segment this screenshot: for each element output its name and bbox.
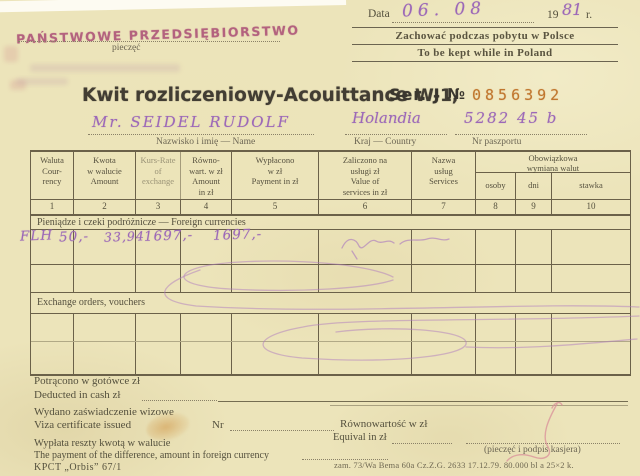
group-title: Obowiązkowa wymiana walut xyxy=(476,152,630,173)
table-cell xyxy=(552,230,630,264)
col-group-mandatory-exchange: Obowiązkowa wymiana walut osoby dni staw… xyxy=(476,152,630,199)
serial-number: 0856392 xyxy=(472,86,563,104)
table-cell xyxy=(31,265,74,292)
header-line: Równo- xyxy=(181,155,231,166)
deducted-dotted-line xyxy=(142,399,217,401)
header-line: Payment in zł xyxy=(232,176,318,187)
table-cell xyxy=(319,342,412,374)
stamp-dotted-line xyxy=(18,40,280,42)
footer-rule xyxy=(218,400,628,402)
col-header-amount: Kwota w walucie Amount xyxy=(74,152,136,199)
equivalent-label-en: Equival in zł xyxy=(333,432,387,443)
table-cell xyxy=(31,314,74,341)
equivalent-label-pl: Równowartość w zł xyxy=(340,418,427,430)
table-cell xyxy=(552,314,630,341)
nr-dotted-line xyxy=(230,429,334,431)
remainder-label-en: The payment of the difference, amount in… xyxy=(34,450,269,461)
row1-currency-handwritten: FLH xyxy=(20,227,54,244)
table-cell xyxy=(136,265,181,292)
table-cell xyxy=(181,342,232,374)
equivalent-dotted-line-2 xyxy=(466,442,620,444)
exchange-table: Waluta Cour- rency Kwota w walucie Amoun… xyxy=(30,150,631,376)
header-line: rency xyxy=(31,176,73,187)
col-header-services-value: Zaliczono na usługi zł Value of services… xyxy=(319,152,412,199)
header-line: Value of xyxy=(319,176,411,187)
column-numbers-row: 1 2 3 4 5 6 7 8 9 10 xyxy=(31,200,630,216)
subcol-days: dni xyxy=(516,173,552,199)
table-cell xyxy=(476,265,516,292)
table-cell xyxy=(74,342,136,374)
col-num: 10 xyxy=(552,200,630,214)
passport-label: Nr paszportu xyxy=(472,137,521,147)
header-line: Waluta xyxy=(31,155,73,166)
date-label: Data xyxy=(368,8,390,20)
keep-note-en: To be kept while in Poland xyxy=(352,45,618,62)
header-line: exchange xyxy=(136,176,180,187)
header-line: w walucie xyxy=(74,166,135,177)
name-line xyxy=(88,133,314,135)
scanned-exchange-receipt: PAŃSTWOWE PRZEDSIĘBIORSTWO pieczęć Data … xyxy=(0,0,640,476)
group-subcolumns: osoby dni stawka xyxy=(476,173,630,199)
table-cell xyxy=(412,342,476,374)
col-num: 8 xyxy=(476,200,516,214)
table-cell xyxy=(232,265,319,292)
col-num: 9 xyxy=(516,200,552,214)
col-num: 2 xyxy=(74,200,136,214)
section-foreign-currencies: Pieniądze i czeki podróżnicze — Foreign … xyxy=(31,216,630,230)
header-line: in zł xyxy=(181,187,231,198)
subcol-stake: stawka xyxy=(552,173,630,199)
col-header-rate: Kurs-Rate of exchange xyxy=(136,152,181,199)
visa-label-en: Viza certificate issued xyxy=(34,419,131,431)
table-cell xyxy=(319,230,412,264)
pieczec-label: pieczęć xyxy=(112,43,140,53)
footer-rule-2 xyxy=(330,404,628,406)
header-line: Amount xyxy=(181,176,231,187)
header-line: Nazwa xyxy=(412,155,475,166)
deducted-label-en: Deducted in cash zł xyxy=(34,389,120,401)
header-line: Wypłacono xyxy=(232,155,318,166)
table-cell xyxy=(319,314,412,341)
table-cell xyxy=(412,265,476,292)
equivalent-dotted-line-1 xyxy=(392,442,452,444)
header-line: w zł xyxy=(232,166,318,177)
table-cell xyxy=(232,314,319,341)
form-title-main: Kwit rozliczeniowy-Acouittance xyxy=(82,85,408,106)
table-cell xyxy=(74,265,136,292)
table-row xyxy=(31,342,630,374)
table-cell xyxy=(516,230,552,264)
remainder-label-pl: Wypłata reszty kwotą w walucie xyxy=(34,438,170,449)
print-shop-imprint: zam. 73/Wa Bema 60a Cz.Z.G. 2633 17.12.7… xyxy=(334,460,574,470)
year-handwritten: 81 xyxy=(562,0,582,19)
table-cell xyxy=(552,265,630,292)
faint-stamp-line xyxy=(30,64,180,72)
visa-label-pl: Wydano zaświadczenie wizowe xyxy=(34,406,174,418)
header-line: Kwota xyxy=(74,155,135,166)
cashier-note: (pieczęć i podpis kasjera) xyxy=(484,445,581,455)
name-handwritten: Mr. SEIDEL RUDOLF xyxy=(92,113,290,131)
col-num: 5 xyxy=(232,200,319,214)
deducted-label-pl: Potrącono w gotówce zł xyxy=(34,375,140,387)
col-header-equivalent: Równo- wart. w zł Amount in zł xyxy=(181,152,232,199)
table-cell xyxy=(412,314,476,341)
series-label: Ser. J xyxy=(389,85,441,104)
table-cell xyxy=(516,265,552,292)
row1-equivalent-handwritten: 1697,- xyxy=(144,227,194,245)
col-num: 7 xyxy=(412,200,476,214)
col-num: 4 xyxy=(181,200,232,214)
table-row xyxy=(31,265,630,293)
header-line: Cour- xyxy=(31,166,73,177)
form-id: KPCT „Orbis” 67/1 xyxy=(34,462,122,473)
date-dotted-line xyxy=(392,21,534,23)
keep-note-box: Zachować podczas pobytu w Polsce To be k… xyxy=(352,27,618,62)
row1-amount-handwritten: 50,- xyxy=(59,228,90,245)
table-cell xyxy=(412,230,476,264)
header-line: wart. w zł xyxy=(181,166,231,177)
faint-stamp-line xyxy=(16,78,68,85)
col-header-services-name: Nazwa usług Services xyxy=(412,152,476,199)
year-suffix: r. xyxy=(586,9,592,21)
header-line: Kurs-Rate xyxy=(136,155,180,166)
table-cell xyxy=(476,314,516,341)
ink-mark xyxy=(4,46,18,62)
table-cell xyxy=(181,265,232,292)
header-line: wymiana walut xyxy=(476,164,630,174)
table-cell xyxy=(31,342,74,374)
header-line: usługi zł xyxy=(319,166,411,177)
header-line: of xyxy=(136,166,180,177)
section-exchange-orders: Exchange orders, vouchers xyxy=(31,293,630,314)
header-line: services in zł xyxy=(319,187,411,198)
table-cell xyxy=(232,342,319,374)
table-cell xyxy=(476,342,516,374)
table-cell xyxy=(516,314,552,341)
row1-rate-handwritten: 33,94 xyxy=(104,228,145,244)
subcol-persons: osoby xyxy=(476,173,516,199)
col-num: 3 xyxy=(136,200,181,214)
table-cell xyxy=(74,314,136,341)
table-cell xyxy=(516,342,552,374)
table-cell xyxy=(136,314,181,341)
number-sign: № xyxy=(447,85,465,103)
keep-note-pl: Zachować podczas pobytu w Polsce xyxy=(352,28,618,45)
table-header-row: Waluta Cour- rency Kwota w walucie Amoun… xyxy=(31,152,630,200)
date-handwritten: 06. 08 xyxy=(402,0,487,21)
country-label: Kraj — Country xyxy=(354,137,416,147)
passport-handwritten: 5282 45 b xyxy=(464,109,558,127)
table-cell xyxy=(319,265,412,292)
passport-line xyxy=(455,133,587,135)
header-line: Amount xyxy=(74,176,135,187)
header-line: Zaliczono na xyxy=(319,155,411,166)
name-label: Nazwisko i imię — Name xyxy=(156,137,255,147)
col-num: 6 xyxy=(319,200,412,214)
table-cell xyxy=(552,342,630,374)
table-cell xyxy=(476,230,516,264)
nr-label: Nr xyxy=(212,419,224,431)
year-prefix: 19 xyxy=(547,9,559,21)
col-num: 1 xyxy=(31,200,74,214)
row1-paid-handwritten: 1697,- xyxy=(213,226,263,244)
col-header-currency: Waluta Cour- rency xyxy=(31,152,74,199)
col-header-payment: Wypłacono w zł Payment in zł xyxy=(232,152,319,199)
country-handwritten: Holandia xyxy=(352,109,421,127)
table-row xyxy=(31,314,630,342)
header-line: usług xyxy=(412,166,475,177)
scan-edge-artifact xyxy=(0,0,346,12)
header-line: Services xyxy=(412,176,475,187)
company-stamp: PAŃSTWOWE PRZEDSIĘBIORSTWO xyxy=(16,23,300,47)
table-cell xyxy=(136,342,181,374)
country-line xyxy=(345,133,447,135)
table-cell xyxy=(181,314,232,341)
